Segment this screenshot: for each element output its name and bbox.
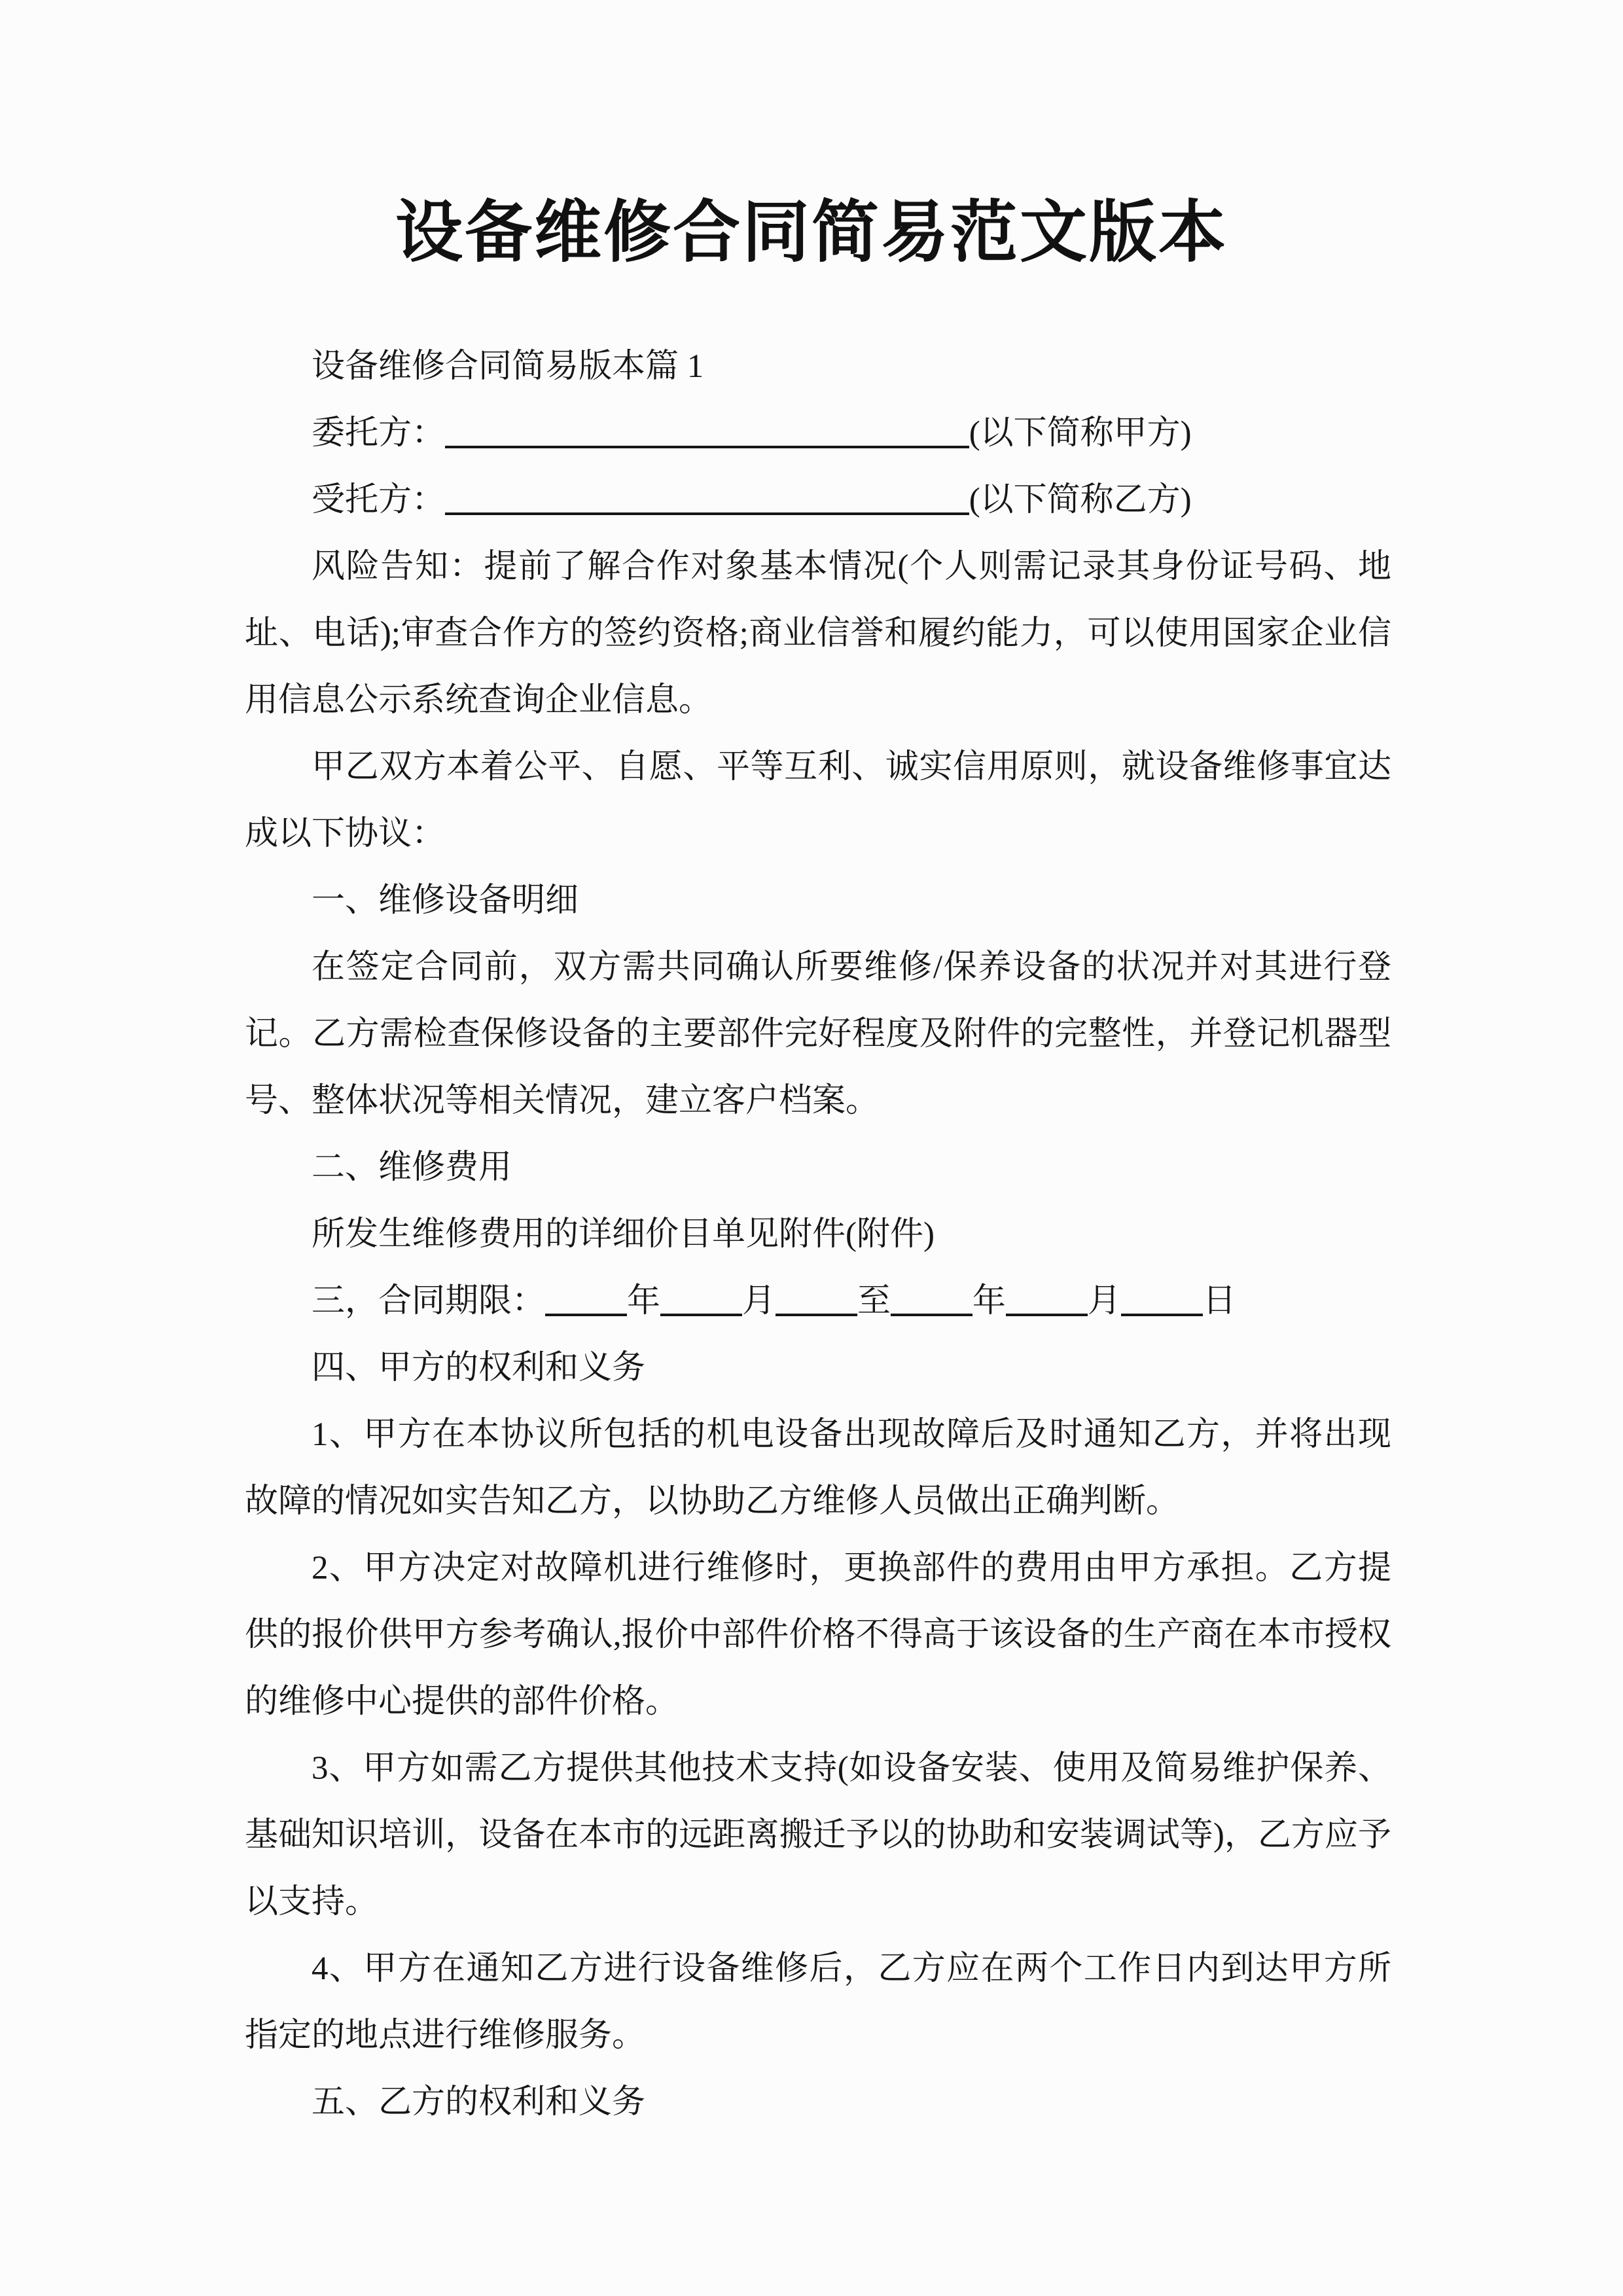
text-segment: 1、甲方在本协议所包括的机电设备出现故障后及时通知乙方，并将出现故障的情况如实告… [245,1416,1391,1520]
paragraph: 设备维修合同简易版本篇 1 [245,333,1391,400]
text-segment: 二、维修费用 [312,1149,512,1186]
text-segment: 五、乙方的权利和义务 [312,2084,645,2121]
text-segment: 至 [857,1283,891,1319]
paragraph: 甲乙双方本着公平、自愿、平等互利、诚实信用原则，就设备维修事宜达成以下协议： [245,734,1391,867]
fill-in-blank [545,1285,627,1316]
text-segment: 设备维修合同简易版本篇 1 [312,348,704,385]
text-segment: 甲乙双方本着公平、自愿、平等互利、诚实信用原则，就设备维修事宜达成以下协议： [245,749,1391,852]
text-segment: 受托方： [312,482,445,518]
text-segment: (以下简称甲方) [969,415,1192,452]
fill-in-blank [776,1285,857,1316]
paragraph: 五、乙方的权利和义务 [245,2069,1391,2136]
text-segment: 3、甲方如需乙方提供其他技术支持(如设备安装、使用及简易维护保养、基础知识培训，… [245,1750,1391,1920]
text-segment: 年 [972,1283,1006,1319]
text-segment: 年 [627,1283,660,1319]
paragraph: 受托方：(以下简称乙方) [245,467,1391,533]
fill-in-blank [891,1285,972,1316]
document-page: 设备维修合同简易范文版本 设备维修合同简易版本篇 1委托方：(以下简称甲方)受托… [0,0,1623,2296]
paragraph: 一、维修设备明细 [245,867,1391,934]
paragraph: 风险告知：提前了解合作对象基本情况(个人则需记录其身份证号码、地址、电话);审查… [245,533,1391,734]
text-segment: 一、维修设备明细 [312,882,579,919]
fill-in-blank [1121,1285,1203,1316]
paragraph: 委托方：(以下简称甲方) [245,400,1391,467]
document-body: 设备维修合同简易版本篇 1委托方：(以下简称甲方)受托方：(以下简称乙方)风险告… [245,333,1391,2136]
fill-in-blank [660,1285,742,1316]
text-segment: 委托方： [312,415,445,452]
fill-in-blank [445,418,969,448]
text-segment: 月 [1088,1283,1121,1319]
paragraph: 四、甲方的权利和义务 [245,1335,1391,1401]
fill-in-blank [445,484,969,515]
paragraph: 3、甲方如需乙方提供其他技术支持(如设备安装、使用及简易维护保养、基础知识培训，… [245,1735,1391,1935]
text-segment: 风险告知：提前了解合作对象基本情况(个人则需记录其身份证号码、地址、电话);审查… [245,548,1391,719]
paragraph: 三，合同期限：年月至年月日 [245,1268,1391,1335]
paragraph: 4、甲方在通知乙方进行设备维修后，乙方应在两个工作日内到达甲方所指定的地点进行维… [245,1935,1391,2069]
paragraph: 2、甲方决定对故障机进行维修时，更换部件的费用由甲方承担。乙方提供的报价供甲方参… [245,1535,1391,1735]
paragraph: 在签定合同前，双方需共同确认所要维修/保养设备的状况并对其进行登记。乙方需检查保… [245,934,1391,1134]
text-segment: 2、甲方决定对故障机进行维修时，更换部件的费用由甲方承担。乙方提供的报价供甲方参… [245,1550,1391,1720]
fill-in-blank [1006,1285,1088,1316]
text-segment: 月 [742,1283,776,1319]
paragraph: 二、维修费用 [245,1134,1391,1201]
text-segment: 三，合同期限： [312,1283,545,1319]
paragraph: 1、甲方在本协议所包括的机电设备出现故障后及时通知乙方，并将出现故障的情况如实告… [245,1401,1391,1535]
text-segment: 四、甲方的权利和义务 [312,1350,645,1386]
document-title: 设备维修合同简易范文版本 [0,0,1623,276]
text-segment: 所发生维修费用的详细价目单见附件(附件) [312,1216,935,1253]
paragraph: 所发生维修费用的详细价目单见附件(附件) [245,1201,1391,1268]
text-segment: 日 [1203,1283,1236,1319]
text-segment: (以下简称乙方) [969,482,1192,518]
text-segment: 4、甲方在通知乙方进行设备维修后，乙方应在两个工作日内到达甲方所指定的地点进行维… [245,1950,1391,2054]
text-segment: 在签定合同前，双方需共同确认所要维修/保养设备的状况并对其进行登记。乙方需检查保… [245,949,1391,1119]
